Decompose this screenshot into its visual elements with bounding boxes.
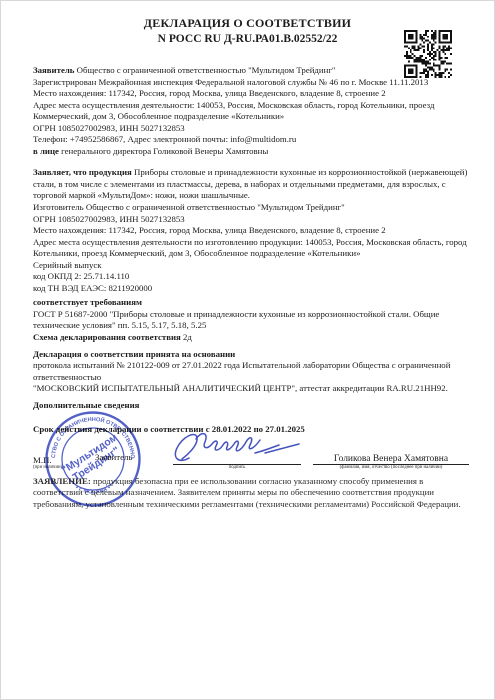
signatory-name-cell: Голикова Венера Хамятовна (фамилия, имя,… <box>313 451 469 471</box>
signatory-name: Голикова Венера Хамятовна <box>313 454 469 464</box>
doc-line-complies: соответствует требованиям <box>33 297 469 309</box>
signature-cell: подпись <box>173 445 301 471</box>
signature-caption: подпись <box>173 465 301 471</box>
doc-line-registered: Зарегистрирован Межрайонная инспекция Фе… <box>33 77 469 89</box>
doc-line-location: Место нахождения: 117342, Россия, город … <box>33 88 469 100</box>
doc-line-manufacturer: Изготовитель Общество с ограниченной отв… <box>33 202 469 214</box>
doc-line-basis: Декларация о соответствии принята на осн… <box>33 349 469 361</box>
doc-line-serial: Серийный выпуск <box>33 260 469 272</box>
name-caption: (фамилия, имя, отчество (последнее при н… <box>313 465 469 471</box>
doc-line-director: в лице генерального директора Голиковой … <box>33 146 469 158</box>
doc-line-phone-email: Телефон: +74952586867, Адрес электронной… <box>33 134 469 146</box>
doc-line-okpd: код ОКПД 2: 25.71.14.110 <box>33 271 469 283</box>
doc-line-manufacturer-location: Место нахождения: 117342, Россия, город … <box>33 225 469 237</box>
svg-text:• г. МОСКВА •: • г. МОСКВА • <box>74 485 112 496</box>
doc-line-lab: "МОСКОВСКИЙ ИСПЫТАТЕЛЬНЫЙ АНАЛИТИЧЕСКИЙ … <box>33 383 469 395</box>
declaration-document: ДЕКЛАРАЦИЯ О СООТВЕТСТВИИ N РОСС RU Д-RU… <box>0 0 495 700</box>
doc-line-gost: ГОСТ Р 51687-2000 "Приборы столовые и пр… <box>33 309 469 332</box>
doc-line-production-address: Адрес места осуществления деятельности п… <box>33 237 469 260</box>
doc-line-tnved: код ТН ВЭД ЕАЭС: 8211920000 <box>33 283 469 295</box>
round-stamp-icon: ОБЩЕСТВО С ОГРАНИЧЕННОЙ ОТВЕТСТВЕННОСТЬЮ… <box>43 409 143 509</box>
doc-line-ogrn: ОГРН 1085027002983, ИНН 5027132853 <box>33 123 469 135</box>
doc-line-applicant: Заявитель Общество с ограниченной ответс… <box>33 65 469 77</box>
doc-line-activity-address: Адрес места осуществления деятельности: … <box>33 100 469 123</box>
doc-line-protocol: протокола испытаний № 210122-009 от 27.0… <box>33 360 469 383</box>
signature-line <box>173 445 301 465</box>
doc-line-scheme: Схема декларирования соответствия 2д <box>33 332 469 344</box>
document-title: ДЕКЛАРАЦИЯ О СООТВЕТСТВИИ <box>1 16 494 31</box>
doc-line-manufacturer-ogrn: ОГРН 1085027002983, ИНН 5027132853 <box>33 214 469 226</box>
doc-line-product: Заявляет, что продукция Приборы столовые… <box>33 167 469 202</box>
